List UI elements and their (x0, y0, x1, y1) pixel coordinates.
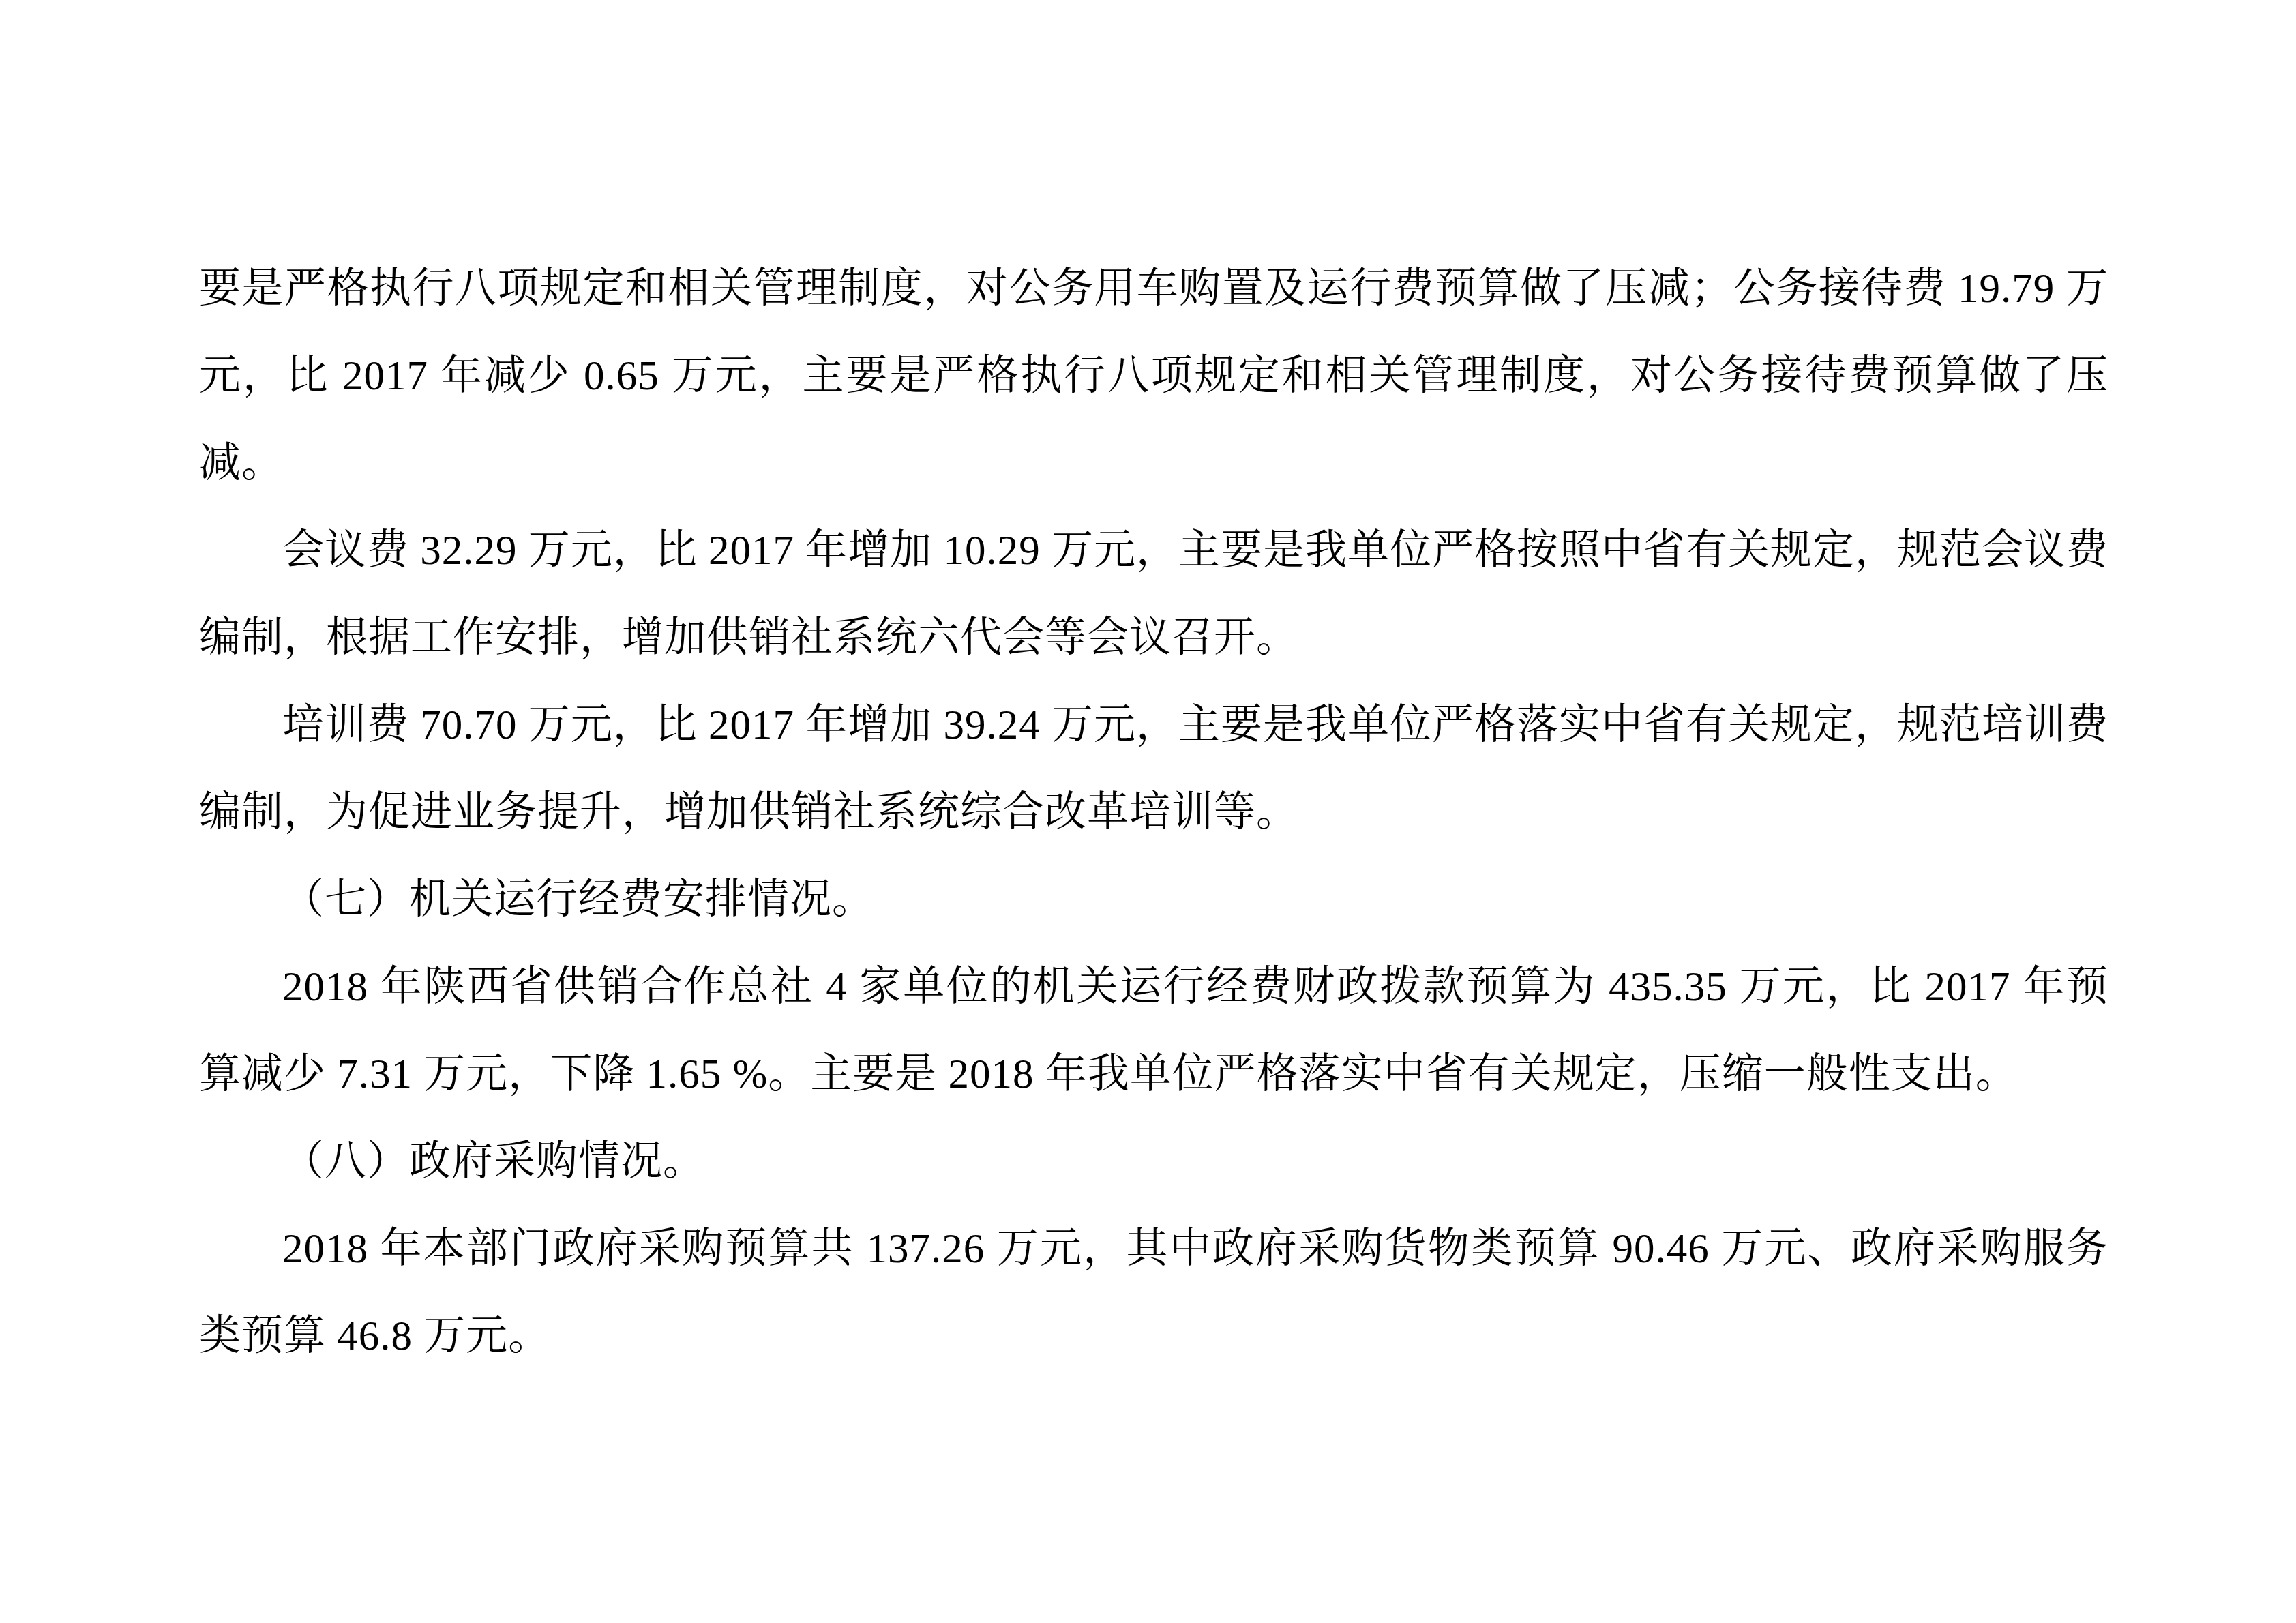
body-paragraph-gov-procurement: 2018 年本部门政府采购预算共 137.26 万元，其中政府采购货物类预算 9… (199, 1206, 2108, 1380)
document-text-block: 要是严格执行八项规定和相关管理制度，对公务用车购置及运行费预算做了压减；公务接待… (199, 245, 2108, 1380)
body-paragraph-agency-operation: 2018 年陕西省供销合作总社 4 家单位的机关运行经费财政拨款预算为 435.… (199, 944, 2108, 1118)
body-paragraph-meeting-fee: 会议费 32.29 万元，比 2017 年增加 10.29 万元，主要是我单位严… (199, 507, 2108, 682)
document-page: 要是严格执行八项规定和相关管理制度，对公务用车购置及运行费预算做了压减；公务接待… (0, 0, 2296, 1623)
body-paragraph-training-fee: 培训费 70.70 万元，比 2017 年增加 39.24 万元，主要是我单位严… (199, 682, 2108, 857)
section-heading-7-agency-operation: （七）机关运行经费安排情况。 (199, 857, 2108, 944)
body-paragraph-continuation: 要是严格执行八项规定和相关管理制度，对公务用车购置及运行费预算做了压减；公务接待… (199, 245, 2108, 507)
section-heading-8-gov-procurement: （八）政府采购情况。 (199, 1118, 2108, 1206)
